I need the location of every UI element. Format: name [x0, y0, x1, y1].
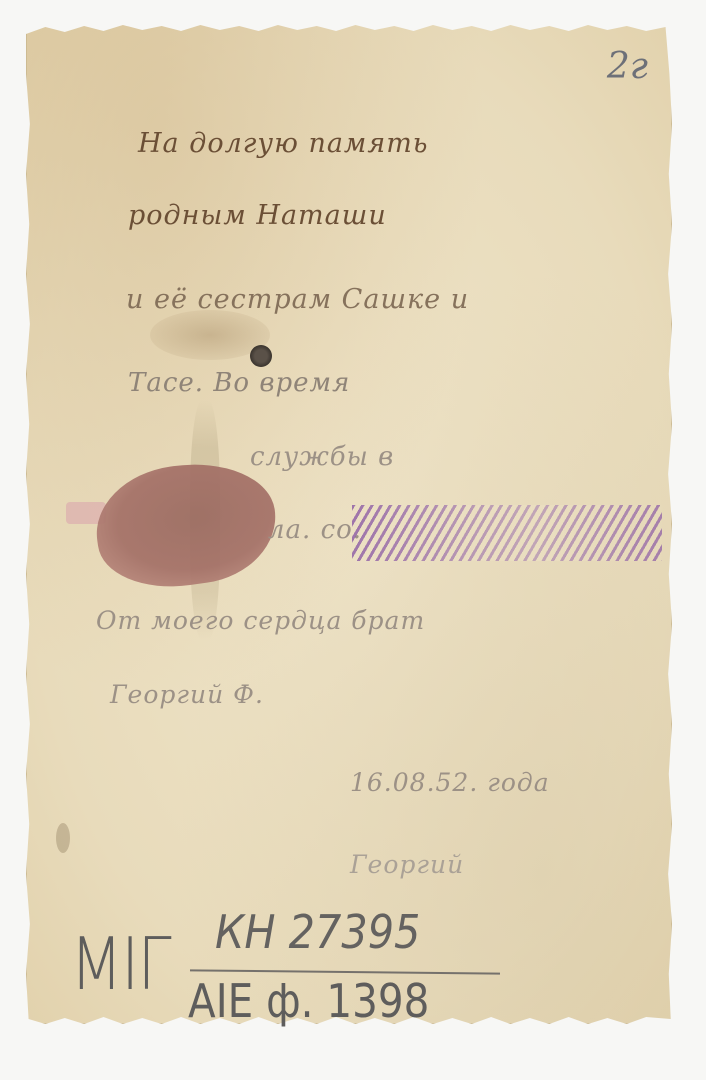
inscription-date: 16.08.52. года — [350, 768, 550, 797]
ink-blot — [250, 345, 272, 367]
smudge-mark — [56, 823, 70, 853]
inscription-signature: Георгий — [350, 850, 464, 879]
archive-fond-number: АІЕ ф. 1398 — [188, 974, 429, 1028]
inscription-line-1: На долгую память — [138, 128, 429, 159]
inscription-line-4: Тасе. Во время — [128, 368, 350, 398]
inscription-line-7: От моего сердца брат — [96, 606, 425, 635]
inscription-line-8: Георгий Ф. — [110, 680, 264, 709]
inscription-line-6: ла. со. — [268, 515, 362, 545]
purple-stamp — [352, 505, 662, 561]
inscription-line-3: и её сестрам Сашке и — [126, 284, 469, 315]
page-number: 2г — [607, 46, 648, 87]
inscription-line-2: родным Наташи — [128, 200, 387, 231]
archive-inventory-number: КН 27395 — [215, 905, 420, 959]
archive-prefix: МІГ — [70, 922, 170, 1006]
inscription-line-5: службы в — [250, 442, 394, 472]
